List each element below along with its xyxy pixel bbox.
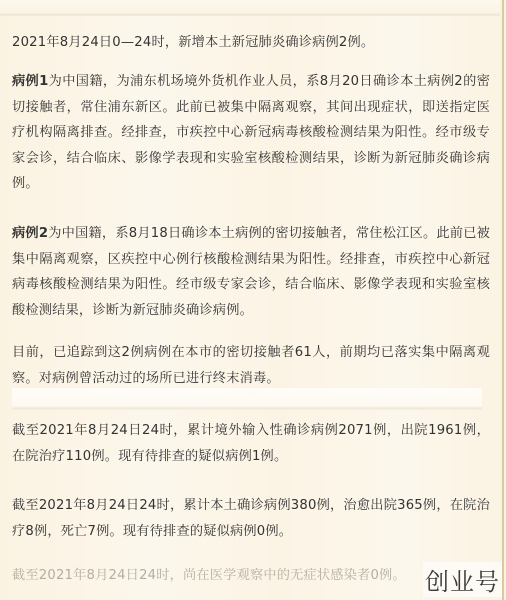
- top-band-decoration: [0, 0, 500, 16]
- local-summary-paragraph: 截至2021年8月24日24时，累计本土确诊病例380例，治愈出院365例，在院…: [12, 493, 490, 544]
- headline-paragraph: 2021年8月24日0—24时，新增本土新冠肺炎确诊病例2例。: [12, 30, 490, 56]
- watermark-logo: 创业号: [423, 562, 502, 597]
- imported-summary-text: 截至2021年8月24日24时，累计境外输入性确诊病例2071例，出院1961例…: [12, 423, 490, 464]
- case1-paragraph: 病例1为中国籍，为浦东机场境外货机作业人员，系8月20日确诊本土病例2的密切接触…: [12, 69, 490, 197]
- local-summary-text: 截至2021年8月24日24时，累计本土确诊病例380例，治愈出院365例，在院…: [12, 498, 490, 539]
- imported-summary-paragraph: 截至2021年8月24日24时，累计境外输入性确诊病例2071例，出院1961例…: [12, 418, 490, 469]
- asymptomatic-summary-text: 截至2021年8月24日24时，尚在医学观察中的无症状感染者0例。: [12, 568, 406, 583]
- headline-text: 2021年8月24日0—24时，新增本土新冠肺炎确诊病例2例。: [12, 35, 374, 50]
- case1-text: 为中国籍，为浦东机场境外货机作业人员，系8月20日确诊本土病例2的密切接触者，常…: [12, 74, 490, 191]
- middle-band-decoration: [12, 388, 482, 410]
- asymptomatic-summary-paragraph: 截至2021年8月24日24时，尚在医学观察中的无症状感染者0例。: [12, 563, 490, 589]
- case2-text: 为中国籍，系8月18日确诊本土病例的密切接触者，常住松江区。此前已被集中隔离观察…: [12, 226, 490, 318]
- contacts-text: 目前，已追踪到这2例病例在本市的密切接触者61人，前期均已落实集中隔离观察。对病…: [12, 345, 490, 386]
- case2-paragraph: 病例2为中国籍，系8月18日确诊本土病例的密切接触者，常住松江区。此前已被集中隔…: [12, 221, 490, 323]
- case1-label: 病例1: [12, 74, 49, 89]
- contacts-paragraph: 目前，已追踪到这2例病例在本市的密切接触者61人，前期均已落实集中隔离观察。对病…: [12, 340, 490, 391]
- right-border: [502, 0, 504, 600]
- case2-label: 病例2: [12, 226, 48, 241]
